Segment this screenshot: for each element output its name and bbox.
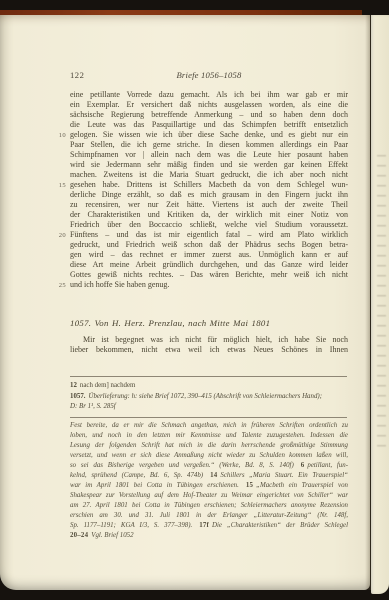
line-number-marker: 20 bbox=[53, 231, 66, 241]
commentary-text: Fest bereite, da er mir die Schmach ange… bbox=[70, 422, 348, 429]
text-line: zu recensiren, wer nur Zeit hätte. Viert… bbox=[70, 200, 348, 210]
text-line-content: Fünftens – und das ist mir eigentlich fa… bbox=[70, 230, 348, 239]
commentary-line: war im April 1801 bei Cotta in Tübingen … bbox=[70, 481, 348, 491]
text-line-content: sächsische Regierung betreffende Anmerku… bbox=[70, 110, 348, 119]
text-line-content: gen wird – das rechnet er immer zuerst a… bbox=[70, 250, 348, 259]
commentary-apparatus: Fest bereite, da er mir die Schmach ange… bbox=[70, 421, 348, 541]
running-title: Briefe 1056–1058 bbox=[70, 70, 348, 80]
text-line-content: diese Art meine Arbeit gründlich durchge… bbox=[70, 260, 348, 269]
text-line: Mir ist begegnet was ich nicht für mögli… bbox=[70, 335, 348, 345]
transmission-entry: 1057.Überlieferung: h: siehe Brief 1072,… bbox=[70, 392, 348, 403]
text-line: machen. Zweitens ist die Maria Stuart ge… bbox=[70, 170, 348, 180]
book-photo: 122 Briefe 1056–1058 eine petillante Vor… bbox=[0, 0, 389, 600]
letter-1056-text: eine petillante Vorrede dazu gemacht. Al… bbox=[70, 90, 348, 290]
text-line: wird sie Jedermann sehr mäßig finden und… bbox=[70, 160, 348, 170]
text-line-content: wird sie Jedermann sehr mäßig finden und… bbox=[70, 160, 348, 169]
facing-page-edge bbox=[371, 15, 389, 594]
text-line-content: eine petillante Vorrede dazu gemacht. Al… bbox=[70, 90, 348, 99]
page-header: 122 Briefe 1056–1058 bbox=[70, 70, 348, 81]
line-number-marker: 10 bbox=[53, 131, 66, 141]
book-page: 122 Briefe 1056–1058 eine petillante Vor… bbox=[0, 15, 370, 590]
text-line: ein Exemplar. Er versichert daß nichts a… bbox=[70, 100, 348, 110]
text-line: Paar Stellen, die ich gerne striche. In … bbox=[70, 140, 348, 150]
transmission-ref: 1057. bbox=[70, 393, 86, 400]
text-line-content: machen. Zweitens ist die Maria Stuart ge… bbox=[70, 170, 348, 179]
commentary-line: am 27. April 1801 bei Cotta in Tübingen … bbox=[70, 501, 348, 511]
letter-1057-text: Mir ist begegnet was ich nicht für mögli… bbox=[70, 335, 348, 355]
commentary-line-ref: 17f bbox=[199, 522, 209, 529]
commentary-separator-rule bbox=[70, 417, 347, 418]
text-line-content: gedruckt, und Friedrich weiß schon daß d… bbox=[70, 240, 348, 249]
commentary-line-ref: 15 bbox=[246, 482, 253, 489]
commentary-line: 20–24Vgl. Brief 1052 bbox=[70, 531, 348, 541]
commentary-line-ref: 6 bbox=[301, 462, 305, 469]
text-line: gen wird – das rechnet er immer zuerst a… bbox=[70, 250, 348, 260]
commentary-text: petillant, fun- bbox=[307, 462, 348, 469]
text-line-content: der Charakteristiken und Kritiken da, de… bbox=[70, 210, 348, 219]
text-line: gedruckt, und Friedrich weiß schon daß d… bbox=[70, 240, 348, 250]
facing-page-faint-text bbox=[377, 155, 386, 455]
text-line-content: zu recensiren, wer nur Zeit hätte. Viert… bbox=[70, 200, 348, 209]
text-line: Schimpfnamen vor | allein nach dem was d… bbox=[70, 150, 348, 160]
text-line: lieber bekommen, nicht etwa weil ich etw… bbox=[70, 345, 348, 355]
letter-1057-heading: 1057. Von H. Herz. Prenzlau, nach Mitte … bbox=[70, 318, 348, 328]
commentary-line: kelnd, sprühend (Campe, Bd. 6, Sp. 474b)… bbox=[70, 471, 348, 481]
commentary-text: versetzt, und wenn er sich diese Anmaßun… bbox=[70, 452, 348, 459]
commentary-text: Schillers „Maria Stuart. Ein Trauerspiel… bbox=[220, 472, 348, 479]
text-line: die Leute was das Pasquillartige und das… bbox=[70, 120, 348, 130]
variant-line-ref: 12 bbox=[70, 382, 77, 389]
text-line: Gottes gewiß nichts rechtes. – Das wären… bbox=[70, 270, 348, 280]
text-line: Friedrich über den Boccaccio schließt, w… bbox=[70, 220, 348, 230]
commentary-text: so sei das Bisherige vergeben und vergeß… bbox=[70, 462, 294, 469]
apparatus-separator-rule bbox=[70, 376, 347, 377]
commentary-line: Fest bereite, da er mir die Schmach ange… bbox=[70, 421, 348, 431]
text-line: 25und ich hoffe Sie haben genug. bbox=[70, 280, 348, 290]
commentary-text: loben, und noch in den letzten mir Kennt… bbox=[70, 432, 348, 439]
textual-apparatus: 12nach dem] nachdem 1057.Überlieferung: … bbox=[70, 381, 348, 413]
commentary-line-ref: 14 bbox=[210, 472, 217, 479]
commentary-text: Lesung der folgenden Schrift hat mich in… bbox=[70, 442, 348, 449]
text-line-content: Schimpfnamen vor | allein nach dem was d… bbox=[70, 150, 348, 159]
commentary-text: Die „Charakteristiken“ der Brüder Schleg… bbox=[212, 522, 348, 529]
commentary-text: „Macbeth ein Trauerspiel von bbox=[256, 482, 348, 489]
commentary-text: Vgl. Brief 1052 bbox=[91, 532, 133, 539]
text-line-content: Paar Stellen, die ich gerne striche. In … bbox=[70, 140, 348, 149]
text-line-content: Friedrich über den Boccaccio schließt, w… bbox=[70, 220, 348, 229]
text-line: sächsische Regierung betreffende Anmerku… bbox=[70, 110, 348, 120]
variant-entry: 12nach dem] nachdem bbox=[70, 381, 348, 392]
text-line: eine petillante Vorrede dazu gemacht. Al… bbox=[70, 90, 348, 100]
commentary-line: versetzt, und wenn er sich diese Anmaßun… bbox=[70, 451, 348, 461]
commentary-line: so sei das Bisherige vergeben und vergeß… bbox=[70, 461, 348, 471]
text-line-content: und ich hoffe Sie haben genug. bbox=[70, 280, 169, 289]
commentary-line: Lesung der folgenden Schrift hat mich in… bbox=[70, 441, 348, 451]
commentary-text: erschien am 30. und 31. Juli 1801 in der… bbox=[70, 512, 348, 519]
text-line-content: ein Exemplar. Er versichert daß nichts a… bbox=[70, 100, 348, 109]
text-line: der Charakteristiken und Kritiken da, de… bbox=[70, 210, 348, 220]
line-number-marker: 15 bbox=[53, 181, 66, 191]
commentary-text: kelnd, sprühend (Campe, Bd. 6, Sp. 474b) bbox=[70, 472, 203, 479]
text-line: derliche Dinge erzählt, so daß es mich g… bbox=[70, 190, 348, 200]
text-line-content: die Leute was das Pasquillartige und das… bbox=[70, 120, 348, 129]
line-number-marker: 25 bbox=[53, 281, 66, 291]
commentary-text: am 27. April 1801 bei Cotta in Tübingen … bbox=[70, 502, 348, 509]
text-line: 10gelogen. Sie wissen wie ich über diese… bbox=[70, 130, 348, 140]
transmission-entry-continued: D: Br 1¹, S. 285f bbox=[70, 402, 348, 413]
text-line: 15gesehen habe. Drittens ist Schillers M… bbox=[70, 180, 348, 190]
text-line-content: Gottes gewiß nichts rechtes. – Das wären… bbox=[70, 270, 348, 279]
text-line: diese Art meine Arbeit gründlich durchge… bbox=[70, 260, 348, 270]
text-line-content: gesehen habe. Drittens ist Schillers Mac… bbox=[70, 180, 348, 189]
commentary-text: Sp. 1177–1191; KGA I/3, S. 377–398). bbox=[70, 522, 192, 529]
transmission-text: Überlieferung: h: siehe Brief 1072, 390–… bbox=[89, 393, 322, 400]
commentary-line-ref: 20–24 bbox=[70, 532, 88, 539]
text-line-content: gelogen. Sie wissen wie ich über diese S… bbox=[70, 130, 348, 139]
commentary-line: erschien am 30. und 31. Juli 1801 in der… bbox=[70, 511, 348, 521]
text-line: 20Fünftens – und das ist mir eigentlich … bbox=[70, 230, 348, 240]
variant-text: nach dem] nachdem bbox=[80, 382, 135, 389]
commentary-line: Sp. 1177–1191; KGA I/3, S. 377–398).17fD… bbox=[70, 521, 348, 531]
text-line-content: derliche Dinge erzählt, so daß es mich g… bbox=[70, 190, 348, 199]
commentary-text: war im April 1801 bei Cotta in Tübingen … bbox=[70, 482, 239, 489]
commentary-line: loben, und noch in den letzten mir Kennt… bbox=[70, 431, 348, 441]
commentary-text: Shakespear zur Vorstellung auf dem Hof-T… bbox=[70, 492, 348, 499]
commentary-line: Shakespear zur Vorstellung auf dem Hof-T… bbox=[70, 491, 348, 501]
